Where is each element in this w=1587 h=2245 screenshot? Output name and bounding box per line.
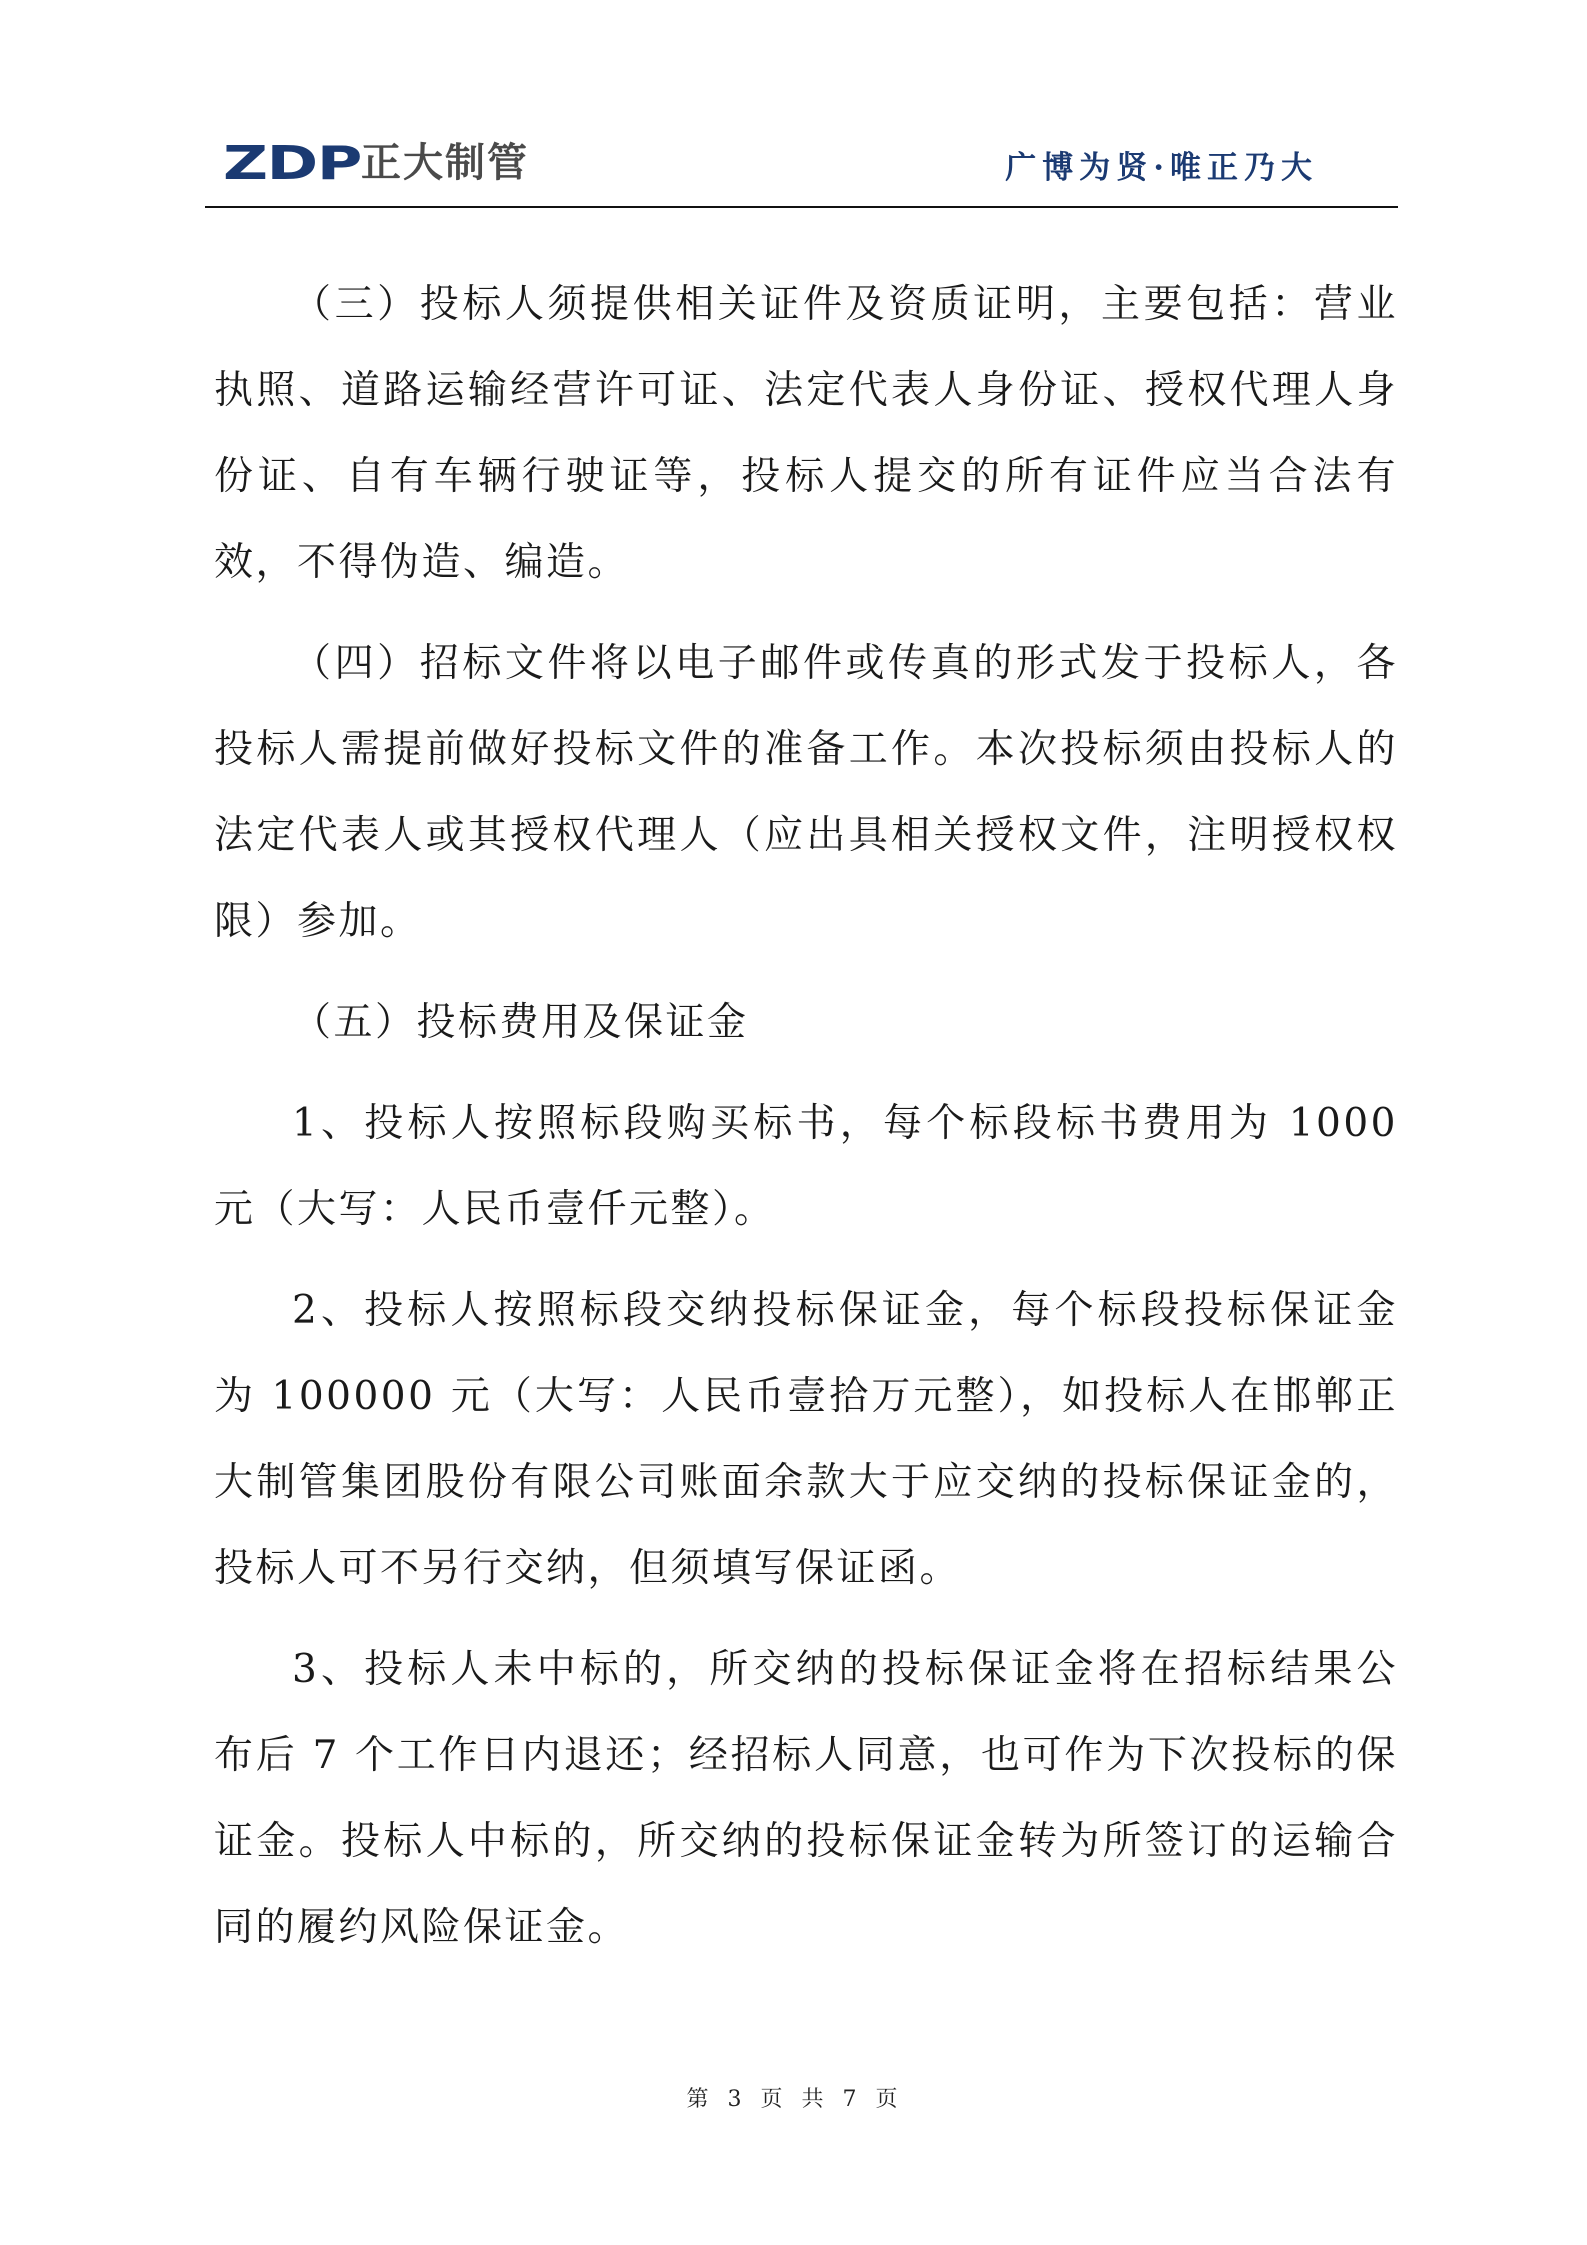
paragraph-section-3: （三）投标人须提供相关证件及资质证明，主要包括：营业执照、道路运输经营许可证、法… [214, 262, 1398, 606]
page-number-footer: 第 3 页 共 7 页 [0, 2082, 1587, 2113]
company-slogan: 广博为贤·唯正乃大 [1005, 148, 1318, 188]
document-body: （三）投标人须提供相关证件及资质证明，主要包括：营业执照、道路运输经营许可证、法… [214, 262, 1398, 1971]
section-5-heading: （五）投标费用及保证金 [214, 980, 1398, 1066]
paragraph-item-2: 2、投标人按照标段交纳投标保证金，每个标段投标保证金为 100000 元（大写：… [214, 1268, 1398, 1612]
logo-company-name: 正大制管 [361, 138, 529, 188]
page-header: ZDP 正大制管 广博为贤·唯正乃大 [205, 130, 1398, 208]
paragraph-item-3: 3、投标人未中标的，所交纳的投标保证金将在招标结果公布后 7 个工作日内退还；经… [214, 1627, 1398, 1971]
header-divider [205, 206, 1398, 208]
logo-mark: ZDP [223, 138, 385, 188]
paragraph-item-1: 1、投标人按照标段购买标书，每个标段标书费用为 1000 元（大写：人民币壹仟元… [214, 1081, 1398, 1253]
company-logo: ZDP 正大制管 [223, 138, 529, 188]
paragraph-section-4: （四）招标文件将以电子邮件或传真的形式发于投标人，各投标人需提前做好投标文件的准… [214, 621, 1398, 965]
